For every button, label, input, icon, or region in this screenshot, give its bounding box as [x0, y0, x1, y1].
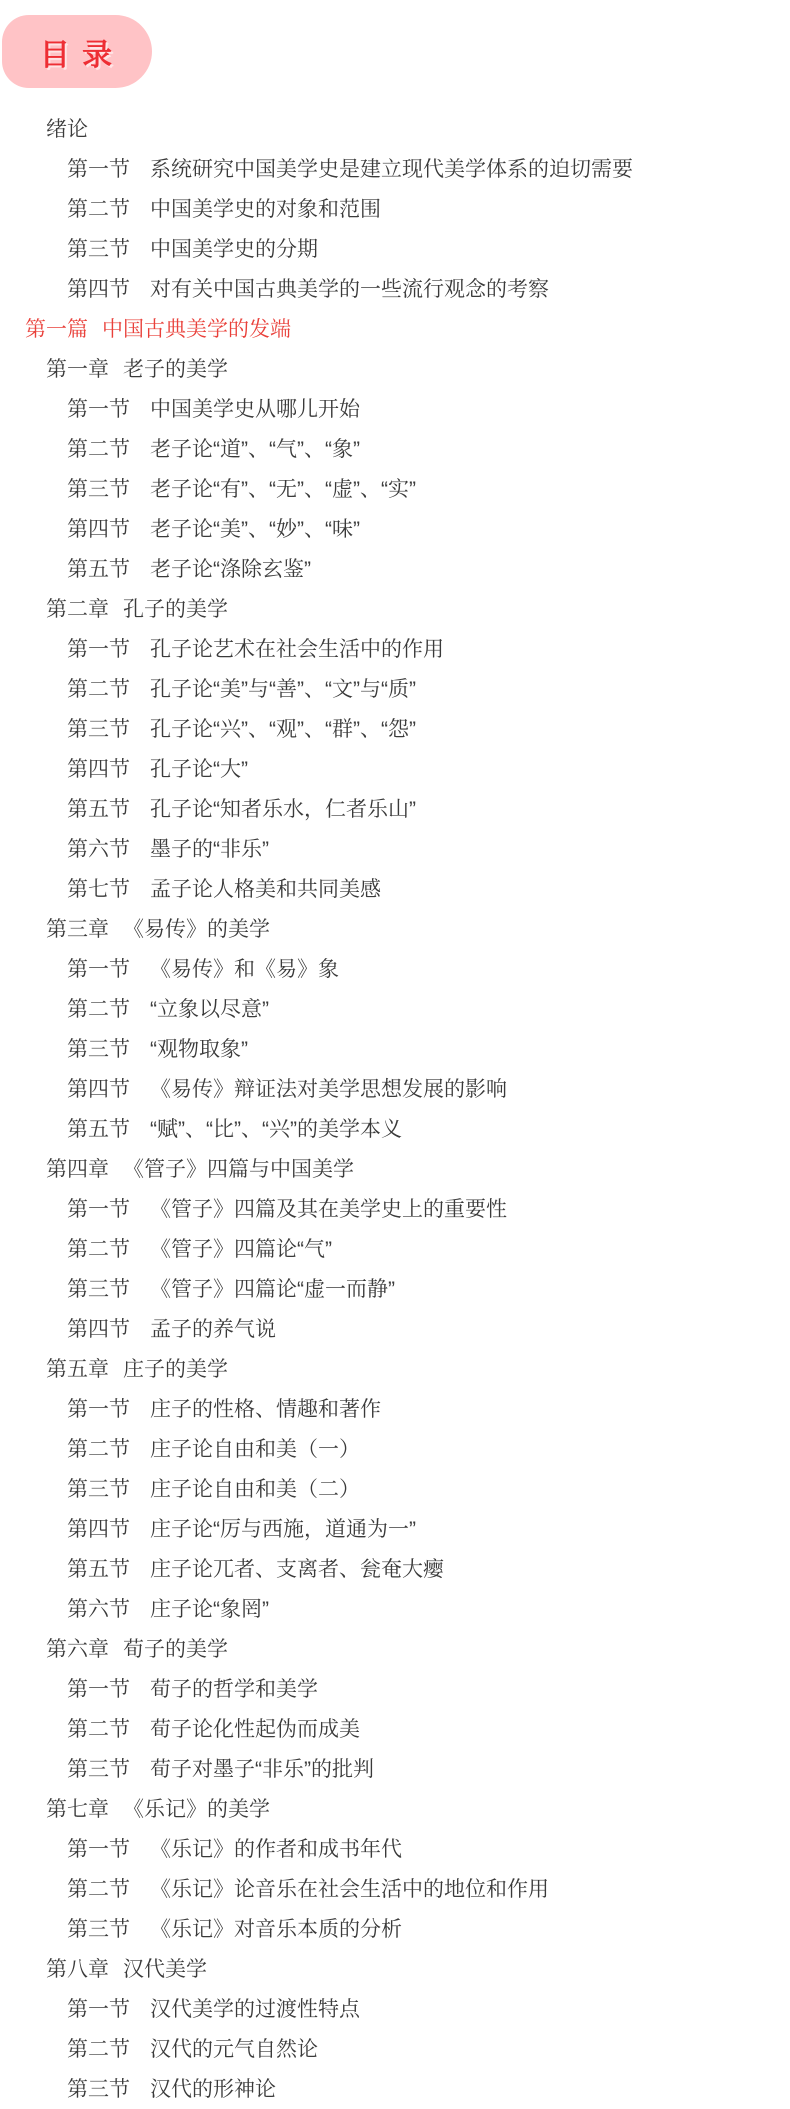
- toc-entry-number: 第五章: [46, 1350, 109, 1390]
- toc-entry-number: 第四节: [67, 1510, 130, 1550]
- toc-entry-section[interactable]: 第四节《易传》辩证法对美学思想发展的影响: [0, 1070, 790, 1110]
- toc-entry-title: 墨子的“非乐”: [150, 838, 269, 861]
- toc-entry-number: 第二节: [67, 2030, 130, 2070]
- toc-entry-section[interactable]: 第四节老子论“美”、“妙”、“味”: [0, 510, 790, 550]
- toc-entry-title: 孔子论“知者乐水，仁者乐山”: [150, 798, 416, 821]
- toc-entry-section[interactable]: 第三节中国美学史的分期: [0, 230, 790, 270]
- toc-entry-title: 中国古典美学的发端: [102, 318, 291, 341]
- toc-entry-number: 第二节: [67, 1230, 130, 1270]
- toc-entry-number: 第二节: [67, 190, 130, 230]
- toc-entry-number: 第一节: [67, 1190, 130, 1230]
- toc-entry-number: 第四章: [46, 1150, 109, 1190]
- toc-entry-section[interactable]: 第五节庄子论兀者、支离者、瓮奄大瘿: [0, 1550, 790, 1590]
- toc-entry-title: 老子论“有”、“无”、“虚”、“实”: [150, 478, 416, 501]
- toc-entry-title: “赋”、“比”、“兴”的美学本义: [150, 1118, 402, 1141]
- toc-entry-number: 第一节: [67, 1670, 130, 1710]
- toc-entry-number: 第三节: [67, 710, 130, 750]
- toc-entry-section[interactable]: 第二节庄子论自由和美（一）: [0, 1430, 790, 1470]
- toc-entry-title: 庄子论“象罔”: [150, 1598, 269, 1621]
- toc-entry-section[interactable]: 第一节荀子的哲学和美学: [0, 1670, 790, 1710]
- toc-entry-number: 第三节: [67, 230, 130, 270]
- toc-entry-title: 《管子》四篇及其在美学史上的重要性: [150, 1198, 507, 1221]
- toc-entry-section[interactable]: 第一节《易传》和《易》象: [0, 950, 790, 990]
- toc-entry-number: 第二节: [67, 670, 130, 710]
- toc-entry-number: 第二节: [67, 1870, 130, 1910]
- toc-entry-part[interactable]: 第一篇中国古典美学的发端: [0, 310, 790, 350]
- toc-entry-number: 第五节: [67, 550, 130, 590]
- toc-entry-title: 《乐记》对音乐本质的分析: [150, 1918, 402, 1941]
- toc-entry-section[interactable]: 第一节孔子论艺术在社会生活中的作用: [0, 630, 790, 670]
- toc-entry-title: 《易传》辩证法对美学思想发展的影响: [150, 1078, 507, 1101]
- toc-entry-section[interactable]: 第六节庄子论“象罔”: [0, 1590, 790, 1630]
- toc-entry-number: 第一篇: [25, 310, 88, 350]
- toc-entry-title: 中国美学史的分期: [150, 238, 318, 261]
- toc-entry-number: 第一节: [67, 390, 130, 430]
- toc-entry-title: 孔子论“大”: [150, 758, 248, 781]
- toc-entry-number: 第四节: [67, 750, 130, 790]
- toc-entry-section[interactable]: 第六节墨子的“非乐”: [0, 830, 790, 870]
- toc-entry-title: 庄子论兀者、支离者、瓮奄大瘿: [150, 1558, 444, 1581]
- toc-entry-title: 孔子的美学: [123, 598, 228, 621]
- toc-entry-title: 庄子论“厉与西施，道通为一”: [150, 1518, 416, 1541]
- toc-entry-section[interactable]: 第三节荀子对墨子“非乐”的批判: [0, 1750, 790, 1790]
- toc-entry-number: 第八章: [46, 1950, 109, 1990]
- toc-entry-section[interactable]: 第五节孔子论“知者乐水，仁者乐山”: [0, 790, 790, 830]
- toc-entry-title: 荀子的美学: [123, 1638, 228, 1661]
- toc-page: 目 录 绪论第一节系统研究中国美学史是建立现代美学体系的迫切需要第二节中国美学史…: [0, 0, 790, 2109]
- toc-entry-section[interactable]: 第五节老子论“涤除玄鉴”: [0, 550, 790, 590]
- toc-entry-section[interactable]: 第二节“立象以尽意”: [0, 990, 790, 1030]
- toc-entry-section[interactable]: 第一节庄子的性格、情趣和著作: [0, 1390, 790, 1430]
- toc-entry-chapter[interactable]: 绪论: [0, 110, 790, 150]
- toc-entry-title: 中国美学史的对象和范围: [150, 198, 381, 221]
- toc-entry-title: 中国美学史从哪儿开始: [150, 398, 360, 421]
- toc-entry-number: 第二节: [67, 1430, 130, 1470]
- toc-entry-title: 老子论“道”、“气”、“象”: [150, 438, 360, 461]
- toc-entry-number: 第一节: [67, 150, 130, 190]
- toc-entry-chapter[interactable]: 第六章荀子的美学: [0, 1630, 790, 1670]
- toc-title-badge: 目 录: [2, 15, 152, 88]
- toc-entry-title: 荀子论化性起伪而成美: [150, 1718, 360, 1741]
- toc-entry-title: 《管子》四篇论“气”: [150, 1238, 332, 1261]
- toc-entry-number: 第四节: [67, 270, 130, 310]
- toc-entry-number: 第二节: [67, 430, 130, 470]
- toc-list: 绪论第一节系统研究中国美学史是建立现代美学体系的迫切需要第二节中国美学史的对象和…: [0, 110, 790, 2109]
- toc-entry-number: 第四节: [67, 510, 130, 550]
- toc-entry-chapter[interactable]: 第一章老子的美学: [0, 350, 790, 390]
- toc-entry-number: 第一节: [67, 1830, 130, 1870]
- toc-entry-section[interactable]: 第三节“观物取象”: [0, 1030, 790, 1070]
- toc-entry-section[interactable]: 第四节对有关中国古典美学的一些流行观念的考察: [0, 270, 790, 310]
- toc-entry-number: 第一节: [67, 630, 130, 670]
- toc-entry-title: 《易传》和《易》象: [150, 958, 339, 981]
- toc-entry-number: 第一节: [67, 1390, 130, 1430]
- toc-entry-title: 荀子对墨子“非乐”的批判: [150, 1758, 374, 1781]
- toc-entry-title: 庄子的性格、情趣和著作: [150, 1398, 381, 1421]
- toc-entry-title: 《乐记》论音乐在社会生活中的地位和作用: [150, 1878, 549, 1901]
- toc-entry-title: 庄子的美学: [123, 1358, 228, 1381]
- toc-entry-section[interactable]: 第一节系统研究中国美学史是建立现代美学体系的迫切需要: [0, 150, 790, 190]
- toc-entry-title: 庄子论自由和美（一）: [150, 1438, 360, 1461]
- toc-entry-section[interactable]: 第五节“赋”、“比”、“兴”的美学本义: [0, 1110, 790, 1150]
- toc-entry-section[interactable]: 第二节《乐记》论音乐在社会生活中的地位和作用: [0, 1870, 790, 1910]
- toc-entry-number: 第三章: [46, 910, 109, 950]
- toc-entry-title: 汉代美学: [123, 1958, 207, 1981]
- toc-entry-section[interactable]: 第一节《乐记》的作者和成书年代: [0, 1830, 790, 1870]
- toc-entry-title: 汉代的元气自然论: [150, 2038, 318, 2061]
- toc-entry-title: “观物取象”: [150, 1038, 248, 1061]
- toc-entry-section[interactable]: 第二节老子论“道”、“气”、“象”: [0, 430, 790, 470]
- toc-entry-section[interactable]: 第一节汉代美学的过渡性特点: [0, 1990, 790, 2030]
- toc-entry-number: 第三节: [67, 2070, 130, 2109]
- toc-entry-number: 第二节: [67, 990, 130, 1030]
- toc-entry-title: 汉代的形神论: [150, 2078, 276, 2101]
- toc-entry-section[interactable]: 第三节《管子》四篇论“虚一而静”: [0, 1270, 790, 1310]
- toc-entry-title: 汉代美学的过渡性特点: [150, 1998, 360, 2021]
- toc-entry-title: “立象以尽意”: [150, 998, 269, 1021]
- toc-entry-title: 《管子》四篇论“虚一而静”: [150, 1278, 395, 1301]
- toc-entry-number: 第一节: [67, 950, 130, 990]
- toc-entry-chapter[interactable]: 第七章《乐记》的美学: [0, 1790, 790, 1830]
- toc-entry-title: 荀子的哲学和美学: [150, 1678, 318, 1701]
- toc-entry-number: 第七章: [46, 1790, 109, 1830]
- toc-entry-title: 《管子》四篇与中国美学: [123, 1158, 354, 1181]
- toc-entry-section[interactable]: 第二节孔子论“美”与“善”、“文”与“质”: [0, 670, 790, 710]
- toc-entry-title: 孔子论“美”与“善”、“文”与“质”: [150, 678, 416, 701]
- toc-entry-number: 第三节: [67, 1910, 130, 1950]
- toc-entry-section[interactable]: 第二节汉代的元气自然论: [0, 2030, 790, 2070]
- toc-entry-number: 第三节: [67, 1470, 130, 1510]
- toc-entry-title: 孔子论艺术在社会生活中的作用: [150, 638, 444, 661]
- toc-title-label: 目 录: [40, 30, 114, 74]
- toc-entry-number: 第三节: [67, 470, 130, 510]
- toc-entry-chapter[interactable]: 第八章汉代美学: [0, 1950, 790, 1990]
- toc-entry-chapter[interactable]: 第五章庄子的美学: [0, 1350, 790, 1390]
- toc-entry-title: 系统研究中国美学史是建立现代美学体系的迫切需要: [150, 158, 633, 181]
- toc-entry-number: 第七节: [67, 870, 130, 910]
- toc-entry-section[interactable]: 第二节中国美学史的对象和范围: [0, 190, 790, 230]
- toc-entry-title: 庄子论自由和美（二）: [150, 1478, 360, 1501]
- toc-entry-number: 第六节: [67, 1590, 130, 1630]
- toc-entry-number: 第五节: [67, 790, 130, 830]
- toc-entry-section[interactable]: 第三节孔子论“兴”、“观”、“群”、“怨”: [0, 710, 790, 750]
- toc-entry-number: 第五节: [67, 1550, 130, 1590]
- toc-entry-section[interactable]: 第四节孟子的养气说: [0, 1310, 790, 1350]
- toc-entry-number: 第三节: [67, 1030, 130, 1070]
- toc-entry-title: 对有关中国古典美学的一些流行观念的考察: [150, 278, 549, 301]
- toc-entry-number: 第二章: [46, 590, 109, 630]
- toc-entry-title: 《易传》的美学: [123, 918, 270, 941]
- toc-entry-number: 第四节: [67, 1070, 130, 1110]
- toc-entry-title: 老子论“美”、“妙”、“味”: [150, 518, 360, 541]
- toc-entry-number: 第六节: [67, 830, 130, 870]
- toc-entry-chapter[interactable]: 第三章《易传》的美学: [0, 910, 790, 950]
- toc-entry-section[interactable]: 第二节《管子》四篇论“气”: [0, 1230, 790, 1270]
- toc-entry-title: 孟子论人格美和共同美感: [150, 878, 381, 901]
- toc-entry-title: 孟子的养气说: [150, 1318, 276, 1341]
- toc-entry-section[interactable]: 第三节汉代的形神论: [0, 2070, 790, 2109]
- toc-entry-section[interactable]: 第七节孟子论人格美和共同美感: [0, 870, 790, 910]
- toc-entry-title: 绪论: [46, 118, 88, 141]
- toc-entry-number: 第四节: [67, 1310, 130, 1350]
- toc-entry-number: 第二节: [67, 1710, 130, 1750]
- toc-entry-section[interactable]: 第二节荀子论化性起伪而成美: [0, 1710, 790, 1750]
- toc-entry-number: 第三节: [67, 1270, 130, 1310]
- toc-entry-number: 第三节: [67, 1750, 130, 1790]
- toc-entry-section[interactable]: 第三节老子论“有”、“无”、“虚”、“实”: [0, 470, 790, 510]
- toc-entry-title: 《乐记》的美学: [123, 1798, 270, 1821]
- toc-entry-section[interactable]: 第三节《乐记》对音乐本质的分析: [0, 1910, 790, 1950]
- toc-entry-title: 老子论“涤除玄鉴”: [150, 558, 311, 581]
- toc-entry-chapter[interactable]: 第四章《管子》四篇与中国美学: [0, 1150, 790, 1190]
- toc-entry-section[interactable]: 第四节孔子论“大”: [0, 750, 790, 790]
- toc-entry-number: 第一章: [46, 350, 109, 390]
- toc-entry-title: 孔子论“兴”、“观”、“群”、“怨”: [150, 718, 416, 741]
- toc-entry-section[interactable]: 第一节中国美学史从哪儿开始: [0, 390, 790, 430]
- toc-entry-number: 第六章: [46, 1630, 109, 1670]
- toc-entry-section[interactable]: 第三节庄子论自由和美（二）: [0, 1470, 790, 1510]
- toc-entry-section[interactable]: 第四节庄子论“厉与西施，道通为一”: [0, 1510, 790, 1550]
- toc-entry-number: 第五节: [67, 1110, 130, 1150]
- toc-entry-number: 第一节: [67, 1990, 130, 2030]
- toc-entry-section[interactable]: 第一节《管子》四篇及其在美学史上的重要性: [0, 1190, 790, 1230]
- toc-entry-title: 《乐记》的作者和成书年代: [150, 1838, 402, 1861]
- toc-entry-title: 老子的美学: [123, 358, 228, 381]
- toc-entry-chapter[interactable]: 第二章孔子的美学: [0, 590, 790, 630]
